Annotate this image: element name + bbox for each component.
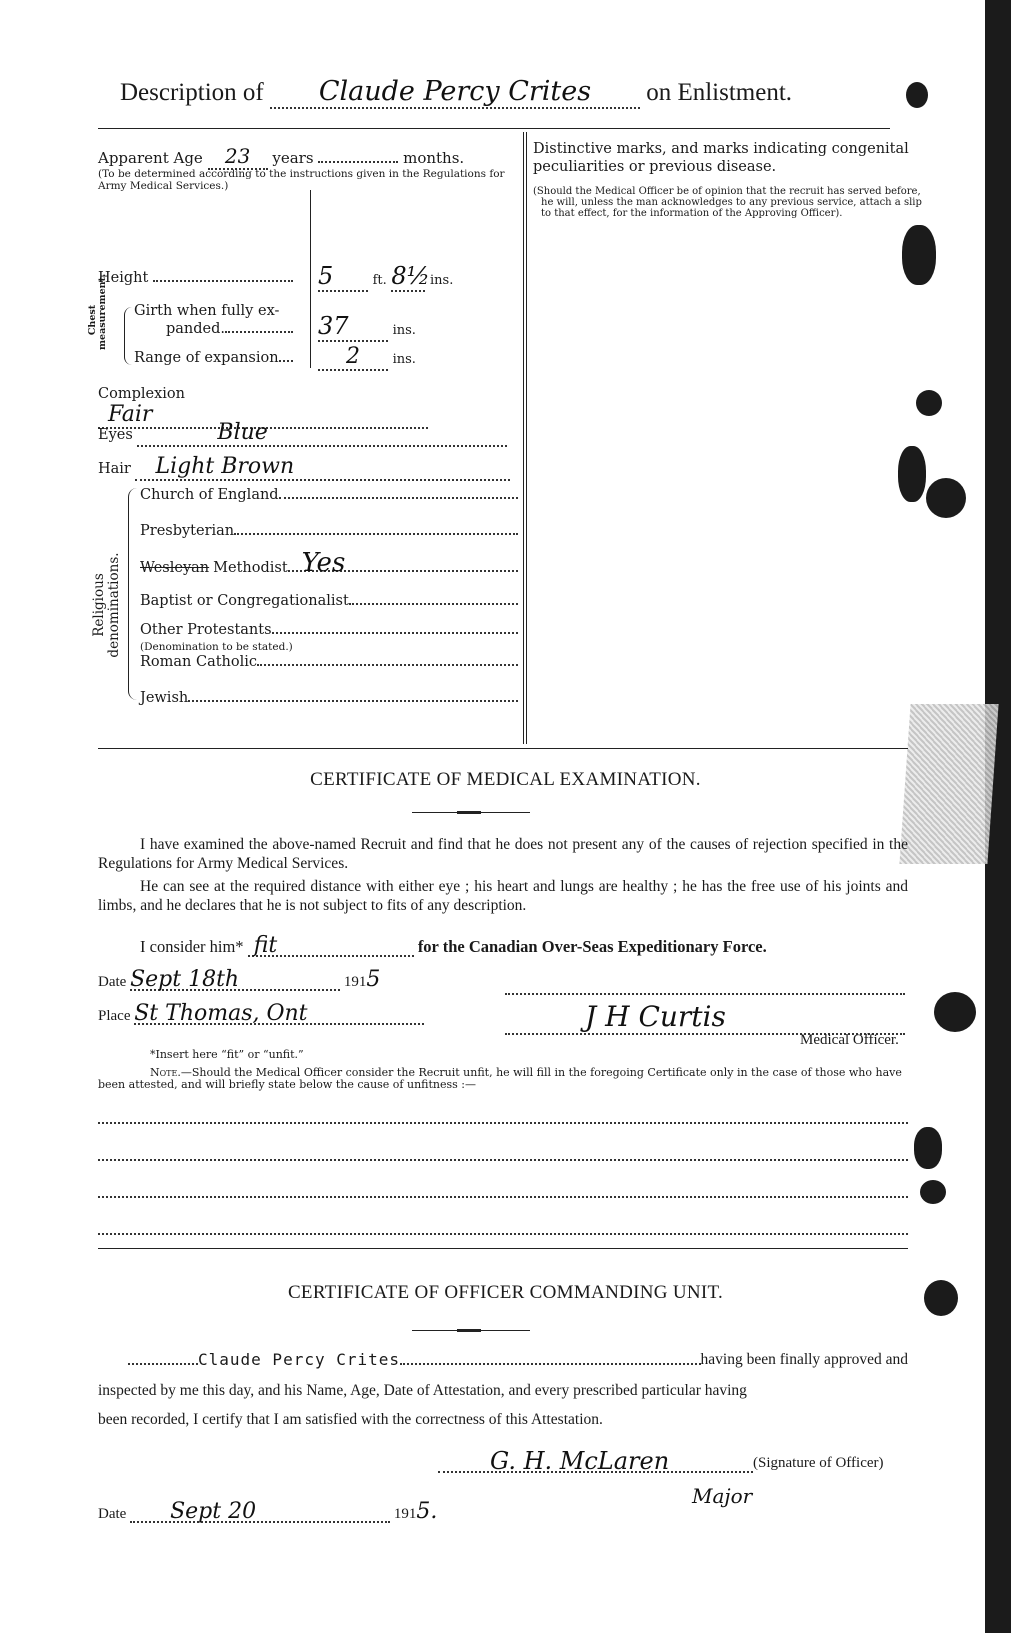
ink-blot: [934, 992, 976, 1032]
months-value: [318, 161, 398, 163]
religion-jewish: Jewish: [140, 690, 518, 706]
medical-note: Note.—Should the Medical Officer conside…: [98, 1067, 918, 1091]
medical-date-row: Date Sept 18th 1915: [98, 970, 380, 992]
apparent-age-value: 23: [208, 144, 268, 170]
unfitness-line-1[interactable]: [98, 1122, 908, 1124]
height-label: Height: [98, 270, 293, 286]
ink-blot: [898, 446, 926, 502]
commanding-year-value: 5.: [416, 1499, 437, 1524]
chest-brace: [124, 307, 133, 365]
distinctive-note: (Should the Medical Officer be of opinio…: [533, 186, 931, 219]
commanding-line-1: Claude Percy Crites having been finally …: [128, 1350, 908, 1369]
height-value: 5 ft. 8½ ins.: [318, 262, 453, 292]
header-rule: [98, 128, 890, 129]
distinctive-heading: Distinctive marks, and marks indicating …: [533, 140, 923, 176]
column-divider: [523, 132, 524, 744]
religion-roman-catholic: Roman Catholic: [140, 654, 518, 670]
title-prefix: Description of: [120, 79, 264, 106]
commanding-date-value: Sept 20: [130, 1502, 390, 1523]
range-value: 2 ins.: [318, 344, 416, 371]
religion-church-of-england: Church of England: [140, 487, 518, 503]
medical-year-value: 5: [366, 967, 380, 992]
medical-place-value: St Thomas, Ont: [134, 1004, 424, 1025]
form-title: Description of Claude Percy Crites on En…: [120, 76, 792, 109]
religion-methodist-value: Yes: [302, 548, 346, 578]
fitness-value: fit: [248, 936, 414, 957]
ink-blot: [914, 1127, 942, 1169]
commanding-date-row: Date Sept 20 1915.: [98, 1502, 437, 1524]
age-note: (To be determined according to the instr…: [98, 168, 508, 192]
medical-paragraph-2: He can see at the required distance with…: [98, 877, 908, 915]
girth-value: 37 ins.: [318, 312, 416, 342]
chest-group-label: Chest measurement.: [88, 290, 108, 350]
medical-officer-label: Medical Officer.: [800, 1031, 899, 1050]
religion-brace: [128, 488, 137, 700]
column-divider: [526, 132, 527, 744]
commanding-line-2: inspected by me this day, and his Name, …: [98, 1381, 918, 1400]
religion-presbyterian: Presbyterian: [140, 523, 518, 539]
unfitness-line-3[interactable]: [98, 1196, 908, 1198]
eyes-row: Eyes Blue: [98, 420, 518, 447]
apparent-age-row: Apparent Age 23 years months.: [98, 144, 518, 170]
commanding-line-3: been recorded, I certify that I am satis…: [98, 1410, 918, 1429]
range-label: Range of expansion: [134, 350, 293, 366]
medical-paragraph-1: I have examined the above-named Recruit …: [98, 835, 908, 873]
commanding-recruit-name: Claude Percy Crites: [198, 1350, 400, 1369]
religion-methodist: Wesleyan Methodist Yes: [140, 560, 518, 576]
medical-certificate-title: CERTIFICATE OF MEDICAL EXAMINATION.: [0, 769, 1011, 791]
medical-officer-signature: J H Curtis: [505, 1000, 905, 1035]
title-suffix: on Enlistment.: [646, 79, 792, 106]
section-rule: [98, 748, 908, 749]
fitness-row: I consider him* fit for the Canadian Ove…: [140, 936, 767, 957]
medical-signature-line-1: [505, 993, 905, 995]
commanding-officer-signature: G. H. McLaren: [438, 1452, 753, 1473]
unfitness-line-4[interactable]: [98, 1233, 908, 1235]
recruit-name-handwritten: Claude Percy Crites: [270, 76, 640, 109]
religion-other-protestants: Other Protestants: [140, 622, 518, 638]
ink-blot: [926, 478, 966, 518]
commanding-certificate-title: CERTIFICATE OF OFFICER COMMANDING UNIT.: [0, 1282, 1011, 1304]
religion-baptist: Baptist or Congregationalist: [140, 593, 518, 609]
religion-group-label: Religious denominations.: [92, 550, 122, 660]
medical-place-row: Place St Thomas, Ont: [98, 1004, 424, 1026]
section-rule-2: [98, 1248, 908, 1249]
commanding-signature-row: G. H. McLaren (Signature of Officer): [438, 1452, 918, 1473]
ink-blot: [920, 1180, 946, 1204]
eyes-value: Blue: [137, 420, 507, 447]
girth-label: Girth when fully ex- panded.: [134, 302, 293, 338]
hair-row: Hair Light Brown: [98, 454, 518, 481]
fit-footnote: *Insert here “fit” or “unfit.”: [150, 1049, 304, 1061]
unfitness-line-2[interactable]: [98, 1159, 908, 1161]
ink-blot: [916, 390, 942, 416]
religion-other-note: (Denomination to be stated.): [140, 641, 293, 653]
ink-blot: [906, 82, 928, 108]
hair-value: Light Brown: [135, 454, 510, 481]
ink-blot: [902, 225, 936, 285]
measure-divider: [310, 190, 311, 368]
medical-date-value: Sept 18th: [130, 970, 340, 991]
commanding-officer-rank: Major: [692, 1484, 752, 1508]
